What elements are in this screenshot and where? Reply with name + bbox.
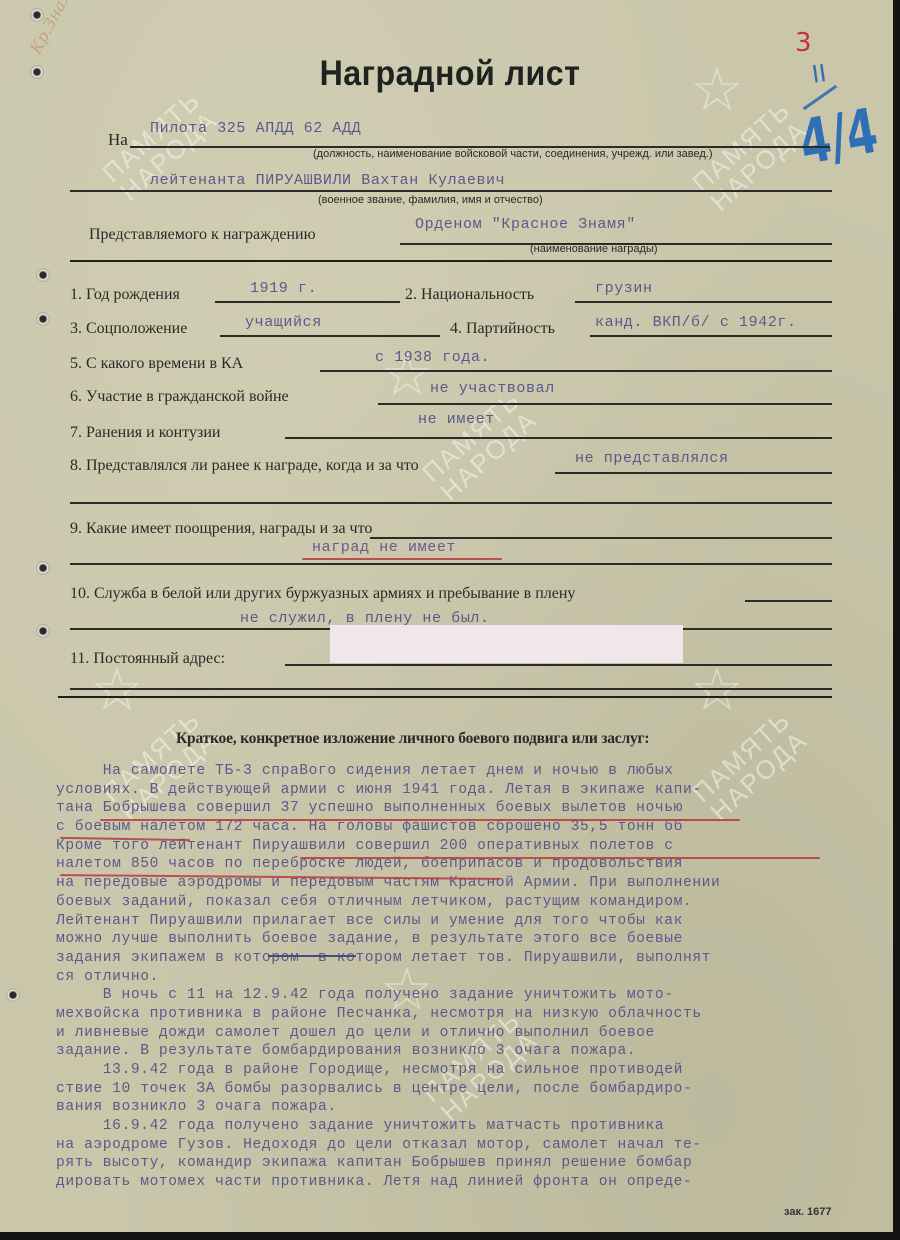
watermark-star-icon: ☆	[90, 660, 144, 720]
narrative-line: и ливневые дожди самолет дошел до цели и…	[56, 1024, 876, 1043]
narrative-line: тана Бобрышева совершил 37 успешно выпол…	[56, 799, 876, 818]
field-2-label: 2. Национальность	[405, 286, 534, 304]
form-number: зак. 1677	[784, 1206, 832, 1218]
field-7-underline	[285, 437, 832, 439]
narrative-line: мехвойска противника в районе Песчанка, …	[56, 1005, 876, 1024]
binder-hole	[6, 988, 20, 1002]
award-value: Орденом "Красное Знамя"	[415, 216, 636, 233]
field-8-value: не представлялся	[575, 450, 729, 467]
binder-hole	[36, 624, 50, 638]
field-6-label: 6. Участие в гражданской войне	[70, 388, 289, 406]
binder-hole	[36, 268, 50, 282]
field-1-value: 1919 г.	[250, 280, 317, 297]
field-4-underline	[590, 335, 832, 337]
narrative-text: На самолете ТБ-3 спраВого сидения летает…	[56, 762, 876, 1192]
field-8-label: 8. Представлялся ли ранее к награде, ког…	[70, 457, 419, 475]
field-1-underline	[215, 301, 400, 303]
field-1-label: 1. Год рождения	[70, 286, 180, 304]
field-9-value: наград не имеет	[312, 539, 456, 556]
name-underline	[70, 190, 832, 192]
narrative-line: 16.9.42 года получено задание уничтожить…	[56, 1117, 876, 1136]
field-8-underline	[555, 472, 832, 474]
field-5-value: с 1938 года.	[375, 349, 490, 366]
na-value: Пилота 325 АПДД 62 АДД	[150, 120, 361, 137]
blue-code-mark: 4/4	[794, 96, 883, 180]
field-4-value: канд. ВКП/б/ с 1942г.	[595, 314, 797, 331]
name-caption: (военное звание, фамилия, имя и отчество…	[318, 194, 543, 206]
narrative-line: 13.9.42 года в районе Городище, несмотря…	[56, 1061, 876, 1080]
narrative-line: на аэродроме Гузов. Недоходя до цели отк…	[56, 1136, 876, 1155]
award-sheet-page: ☆ ПАМЯТЬ НАРОДА ПАМЯТЬ НАРОДА ☆ ПАМЯТЬ Н…	[0, 0, 893, 1232]
name-value: лейтенанта ПИРУАШВИЛИ Вахтан Кулаевич	[150, 172, 505, 189]
narrative-line: можно лучше выполнить боевое задание, в …	[56, 930, 876, 949]
narrative-line: боевых заданий, показал себя отличным ле…	[56, 893, 876, 912]
narrative-line: ся отлично.	[56, 968, 876, 987]
narrative-line: задание. В результате бомбардирования во…	[56, 1042, 876, 1061]
red-underline	[302, 558, 502, 560]
field-11-extra-line	[70, 688, 832, 690]
binder-hole	[36, 561, 50, 575]
field-9-label: 9. Какие имеет поощрения, награды и за ч…	[70, 520, 372, 538]
narrative-line: условиях. В действующей армии с июня 194…	[56, 781, 876, 800]
award-label: Представляемого к награждению	[89, 226, 316, 244]
narrative-line: В ночь с 11 на 12.9.42 года получено зад…	[56, 986, 876, 1005]
field-4-label: 4. Партийность	[450, 320, 555, 338]
field-8-extra-line	[70, 502, 832, 504]
field-5-underline	[320, 370, 832, 372]
divider	[70, 260, 832, 262]
binder-hole	[36, 312, 50, 326]
strikethrough	[268, 955, 356, 957]
field-2-value: грузин	[595, 280, 653, 297]
narrative-heading: Краткое, конкретное изложение личного бо…	[176, 730, 649, 748]
field-11-label: 11. Постоянный адрес:	[70, 650, 225, 668]
na-caption: (должность, наименование войсковой части…	[313, 148, 713, 160]
narrative-line: На самолете ТБ-3 спраВого сидения летает…	[56, 762, 876, 781]
narrative-line: дировать мотомех части противника. Летя …	[56, 1173, 876, 1192]
field-10-label: 10. Служба в белой или других буржуазных…	[70, 585, 575, 603]
page-title: Наградной лист	[36, 54, 864, 94]
field-3-value: учащийся	[245, 314, 322, 331]
award-caption: (наименование награды)	[530, 243, 658, 255]
narrative-line: задания экипажем в котором в котором лет…	[56, 949, 876, 968]
field-3-label: 3. Соцположение	[70, 320, 187, 338]
field-9-extra-line	[70, 563, 832, 565]
red-underline	[300, 857, 820, 859]
field-6-underline	[378, 403, 832, 405]
field-5-label: 5. С какого времени в КА	[70, 355, 243, 373]
field-10-underline	[745, 600, 832, 602]
narrative-line: ствие 10 точек ЗА бомбы разорвались в це…	[56, 1080, 876, 1099]
red-underline	[100, 819, 740, 821]
narrative-line: Лейтенант Пируашвили прилагает все силы …	[56, 912, 876, 931]
na-label: На	[108, 130, 128, 150]
field-7-label: 7. Ранения и контузии	[70, 424, 220, 442]
field-11-underline	[285, 664, 832, 666]
redacted-address	[330, 625, 683, 663]
field-3-underline	[220, 335, 440, 337]
field-2-underline	[575, 301, 832, 303]
field-7-value: не имеет	[418, 411, 495, 428]
watermark-star-icon: ☆	[690, 660, 744, 720]
divider	[58, 696, 832, 698]
narrative-line: вания возникло 3 очага пожара.	[56, 1098, 876, 1117]
field-6-value: не участвовал	[430, 380, 555, 397]
narrative-line: рять высоту, командир экипажа капитан Бо…	[56, 1154, 876, 1173]
